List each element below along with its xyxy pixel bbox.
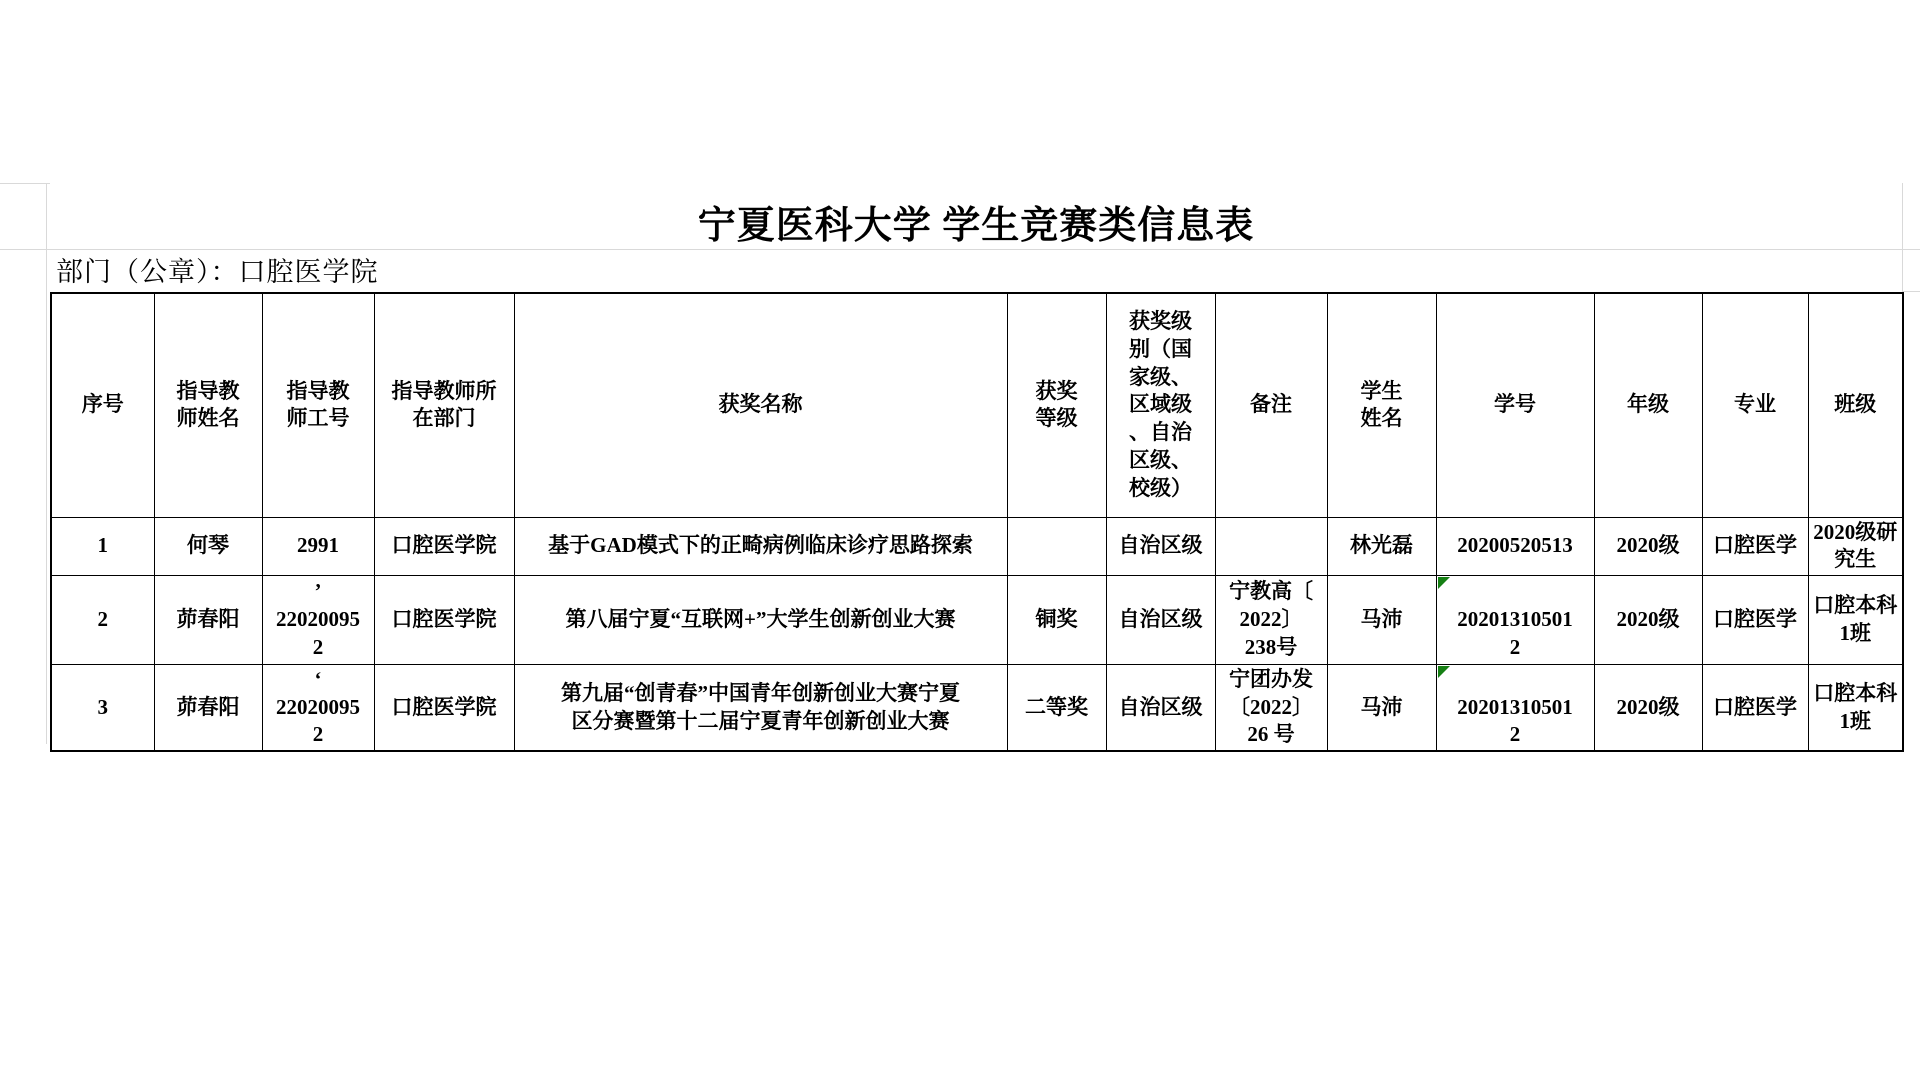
cell-teacher-name: 茆春阳 <box>154 575 262 664</box>
cell-student-id: 20200520513 <box>1436 517 1594 575</box>
cell-student-name: 马沛 <box>1327 664 1436 751</box>
header-seq: 序号 <box>51 293 154 517</box>
table-header-row: 序号 指导教 师姓名 指导教 师工号 指导教师所 在部门 获奖名称 获奖 等级 … <box>51 293 1903 517</box>
cell-student-id: 20201310501 2 <box>1436 575 1594 664</box>
gridline <box>0 183 50 184</box>
cell-award-grade <box>1007 517 1106 575</box>
cell-student-id-text: 20201310501 2 <box>1457 607 1573 659</box>
cell-award-name: 第九届“创青春”中国青年创新创业大赛宁夏 区分赛暨第十二届宁夏青年创新创业大赛 <box>514 664 1007 751</box>
header-class: 班级 <box>1808 293 1903 517</box>
cell-grade: 2020级 <box>1594 664 1702 751</box>
header-grade: 年级 <box>1594 293 1702 517</box>
cell-remark: 宁团办发 〔2022〕 26 号 <box>1215 664 1327 751</box>
gridline <box>1902 183 1903 293</box>
cell-student-id-text: 20201310501 2 <box>1457 695 1573 747</box>
cell-award-level: 自治区级 <box>1106 664 1215 751</box>
cell-award-grade: 二等奖 <box>1007 664 1106 751</box>
competition-table: 序号 指导教 师姓名 指导教 师工号 指导教师所 在部门 获奖名称 获奖 等级 … <box>50 292 1904 752</box>
cell-seq: 3 <box>51 664 154 751</box>
cell-student-name: 林光磊 <box>1327 517 1436 575</box>
number-as-text-indicator-icon <box>1438 666 1450 678</box>
cell-seq: 1 <box>51 517 154 575</box>
cell-teacher-id: 2991 <box>262 517 374 575</box>
cell-class: 口腔本科 1班 <box>1808 664 1903 751</box>
cell-student-name: 马沛 <box>1327 575 1436 664</box>
cell-teacher-dept: 口腔医学院 <box>374 575 514 664</box>
number-as-text-indicator-icon <box>1438 577 1450 589</box>
cell-major: 口腔医学 <box>1702 575 1808 664</box>
header-student-name: 学生 姓名 <box>1327 293 1436 517</box>
cell-award-name: 第八届宁夏“互联网+”大学生创新创业大赛 <box>514 575 1007 664</box>
gridline <box>1903 291 1920 292</box>
table-row: 3 茆春阳 ‘ 22020095 2 口腔医学院 第九届“创青春”中国青年创新创… <box>51 664 1903 751</box>
header-award-name: 获奖名称 <box>514 293 1007 517</box>
cell-class: 2020级研 究生 <box>1808 517 1903 575</box>
cell-teacher-name: 茆春阳 <box>154 664 262 751</box>
gridline <box>46 183 47 744</box>
header-award-grade: 获奖 等级 <box>1007 293 1106 517</box>
cell-teacher-dept: 口腔医学院 <box>374 517 514 575</box>
header-remark: 备注 <box>1215 293 1327 517</box>
header-student-id: 学号 <box>1436 293 1594 517</box>
cell-award-grade: 铜奖 <box>1007 575 1106 664</box>
cell-major: 口腔医学 <box>1702 664 1808 751</box>
cell-award-name: 基于GAD模式下的正畸病例临床诊疗思路探索 <box>514 517 1007 575</box>
cell-remark <box>1215 517 1327 575</box>
cell-class: 口腔本科 1班 <box>1808 575 1903 664</box>
cell-award-level: 自治区级 <box>1106 575 1215 664</box>
header-major: 专业 <box>1702 293 1808 517</box>
cell-grade: 2020级 <box>1594 575 1702 664</box>
header-teacher-id: 指导教 师工号 <box>262 293 374 517</box>
cell-award-level: 自治区级 <box>1106 517 1215 575</box>
cell-teacher-dept: 口腔医学院 <box>374 664 514 751</box>
document-page: 宁夏医科大学 学生竞赛类信息表 部门（公章）：口腔医学院 序号 指导教 师姓名 … <box>0 0 1920 1080</box>
header-teacher-name: 指导教 师姓名 <box>154 293 262 517</box>
header-teacher-dept: 指导教师所 在部门 <box>374 293 514 517</box>
department-seal-line: 部门（公章）：口腔医学院 <box>56 250 379 289</box>
cell-teacher-name: 何琴 <box>154 517 262 575</box>
cell-remark: 宁教高〔 2022〕 238号 <box>1215 575 1327 664</box>
cell-teacher-id: ‘ 22020095 2 <box>262 664 374 751</box>
header-award-level: 获奖级 别（国 家级、 区域级 、自治 区级、 校级） <box>1106 293 1215 517</box>
cell-teacher-id: ’ 22020095 2 <box>262 575 374 664</box>
cell-student-id: 20201310501 2 <box>1436 664 1594 751</box>
cell-grade: 2020级 <box>1594 517 1702 575</box>
cell-seq: 2 <box>51 575 154 664</box>
cell-major: 口腔医学 <box>1702 517 1808 575</box>
table-row: 1 何琴 2991 口腔医学院 基于GAD模式下的正畸病例临床诊疗思路探索 自治… <box>51 517 1903 575</box>
table-row: 2 茆春阳 ’ 22020095 2 口腔医学院 第八届宁夏“互联网+”大学生创… <box>51 575 1903 664</box>
page-title: 宁夏医科大学 学生竞赛类信息表 <box>50 194 1902 249</box>
